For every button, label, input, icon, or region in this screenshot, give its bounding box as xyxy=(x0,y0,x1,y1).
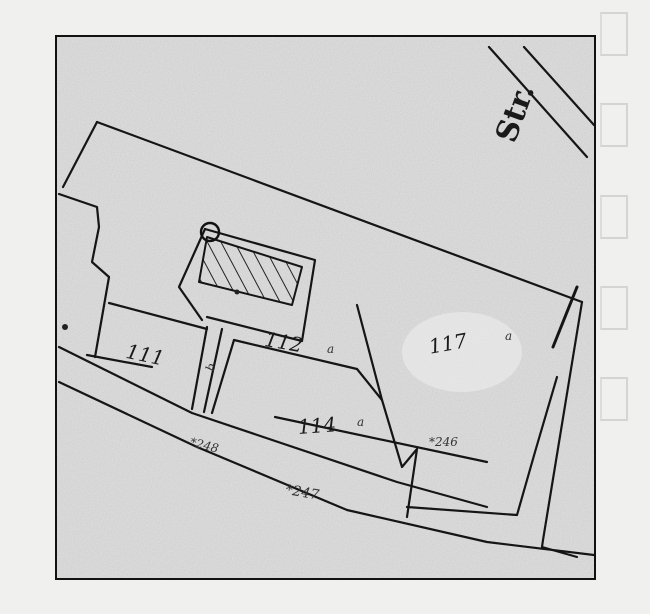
ghost-checkbox xyxy=(600,286,628,330)
parcel-suffix-117: a xyxy=(505,329,512,343)
ghost-checkbox xyxy=(600,195,628,239)
cadastral-map[interactable]: Str. 111 112 a 114 a 117 a *248 *247 *24… xyxy=(55,35,596,580)
parcel-suffix-112: a xyxy=(327,342,334,356)
parcel-suffix-114: a xyxy=(357,415,364,429)
parcel-label-114: 114 xyxy=(297,412,337,439)
ghost-checkbox xyxy=(600,12,628,56)
ghost-checkbox xyxy=(600,103,628,147)
road-parcel-label-246: *246 xyxy=(429,435,458,449)
ghost-checkbox xyxy=(600,377,628,421)
